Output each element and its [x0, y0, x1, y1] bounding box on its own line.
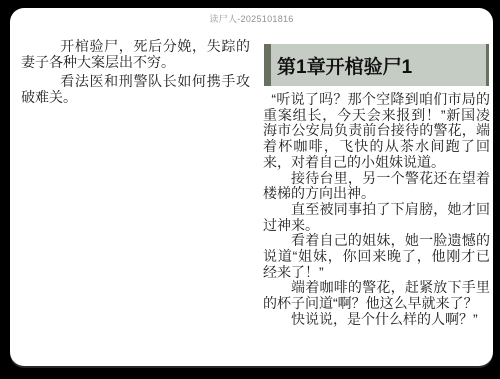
blurb-paragraph: 看法医和刑警队长如何携手攻破难关。 [21, 74, 250, 105]
body-paragraph: 端着咖啡的警花，赶紧放下手里的杯子问道“啊？他这么早就来了？ [263, 280, 490, 311]
body-paragraph: “听说了吗？那个空降到咱们市局的重案组长，今天会来报到！”新国凌海市公安局负责前… [263, 92, 490, 171]
chapter-title-banner: 第1章开棺验尸1 [264, 44, 489, 86]
banner-right-bar [486, 44, 489, 86]
body-paragraph: 看着自己的姐妹，她一脸遗憾的说道“姐妹，你回来晚了，他刚才已经来了！” [263, 233, 490, 280]
blurb-paragraph: 开棺验尸，死后分娩，失踪的妻子各种大案层出不穷。 [21, 39, 250, 70]
right-page-column: “听说了吗？那个空降到咱们市局的重案组长，今天会来报到！”新国凌海市公安局负责前… [263, 92, 490, 328]
device-frame: 读尸人-2025101816 开棺验尸，死后分娩，失踪的妻子各种大案层出不穷。 … [0, 0, 500, 379]
chapter-title: 第1章开棺验尸1 [271, 52, 412, 79]
banner-left-bar [264, 44, 271, 86]
body-paragraph: 接待台里，另一个警花还在望着楼梯的方向出神。 [263, 171, 490, 202]
body-paragraph: 快说说，是个什么样的人啊？” [263, 312, 490, 328]
body-paragraph: 直至被同事拍了下肩膀，她才回过神来。 [263, 202, 490, 233]
left-page-column: 开棺验尸，死后分娩，失踪的妻子各种大案层出不穷。 看法医和刑警队长如何携手攻破难… [21, 39, 250, 109]
reader-page[interactable]: 读尸人-2025101816 开棺验尸，死后分娩，失踪的妻子各种大案层出不穷。 … [10, 8, 493, 366]
book-title-header: 读尸人-2025101816 [10, 12, 493, 25]
